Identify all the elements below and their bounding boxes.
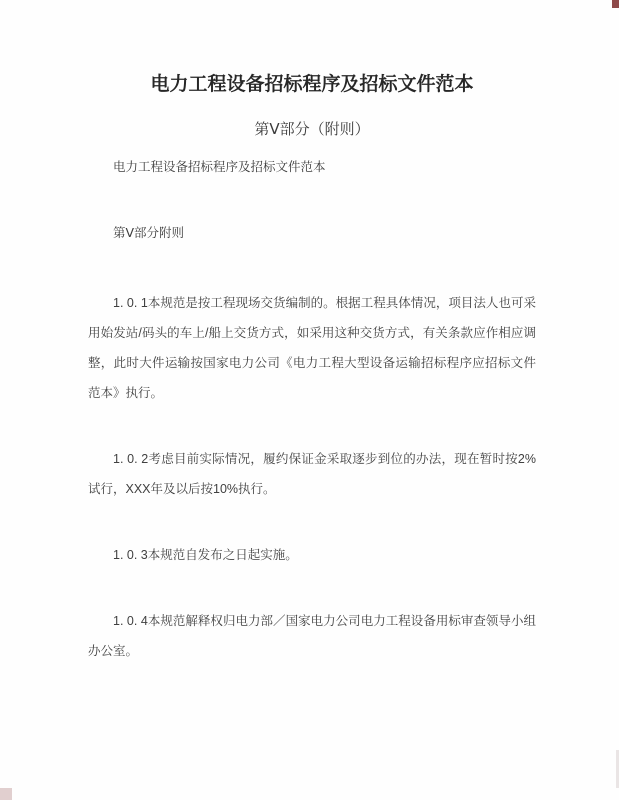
paragraph-1-0-1: 1. 0. 1本规范是按工程现场交货编制的。根据工程具体情况，项目法人也可采用始… [88, 288, 536, 408]
document-content: 电力工程设备招标程序及招标文件范本 第Ⅴ部分（附则） 电力工程设备招标程序及招标… [0, 0, 619, 666]
paragraph-1-0-2: 1. 0. 2考虑目前实际情况，履约保证金采取逐步到位的办法，现在暂时按2%试行… [88, 444, 536, 504]
section-heading: 第Ⅴ部分附则 [88, 224, 536, 242]
corner-mark-top-right [612, 0, 619, 8]
document-title: 电力工程设备招标程序及招标文件范本 [88, 72, 536, 98]
document-page: 电力工程设备招标程序及招标文件范本 第Ⅴ部分（附则） 电力工程设备招标程序及招标… [0, 0, 619, 800]
document-subtitle: 第Ⅴ部分（附则） [88, 120, 536, 140]
paragraph-1-0-3: 1. 0. 3本规范自发布之日起实施。 [88, 540, 536, 570]
paragraph-1-0-4: 1. 0. 4本规范解释权归电力部／国家电力公司电力工程设备用标审查领导小组办公… [88, 606, 536, 666]
document-name-line: 电力工程设备招标程序及招标文件范本 [88, 158, 536, 176]
corner-mark-bottom-left [0, 788, 12, 800]
